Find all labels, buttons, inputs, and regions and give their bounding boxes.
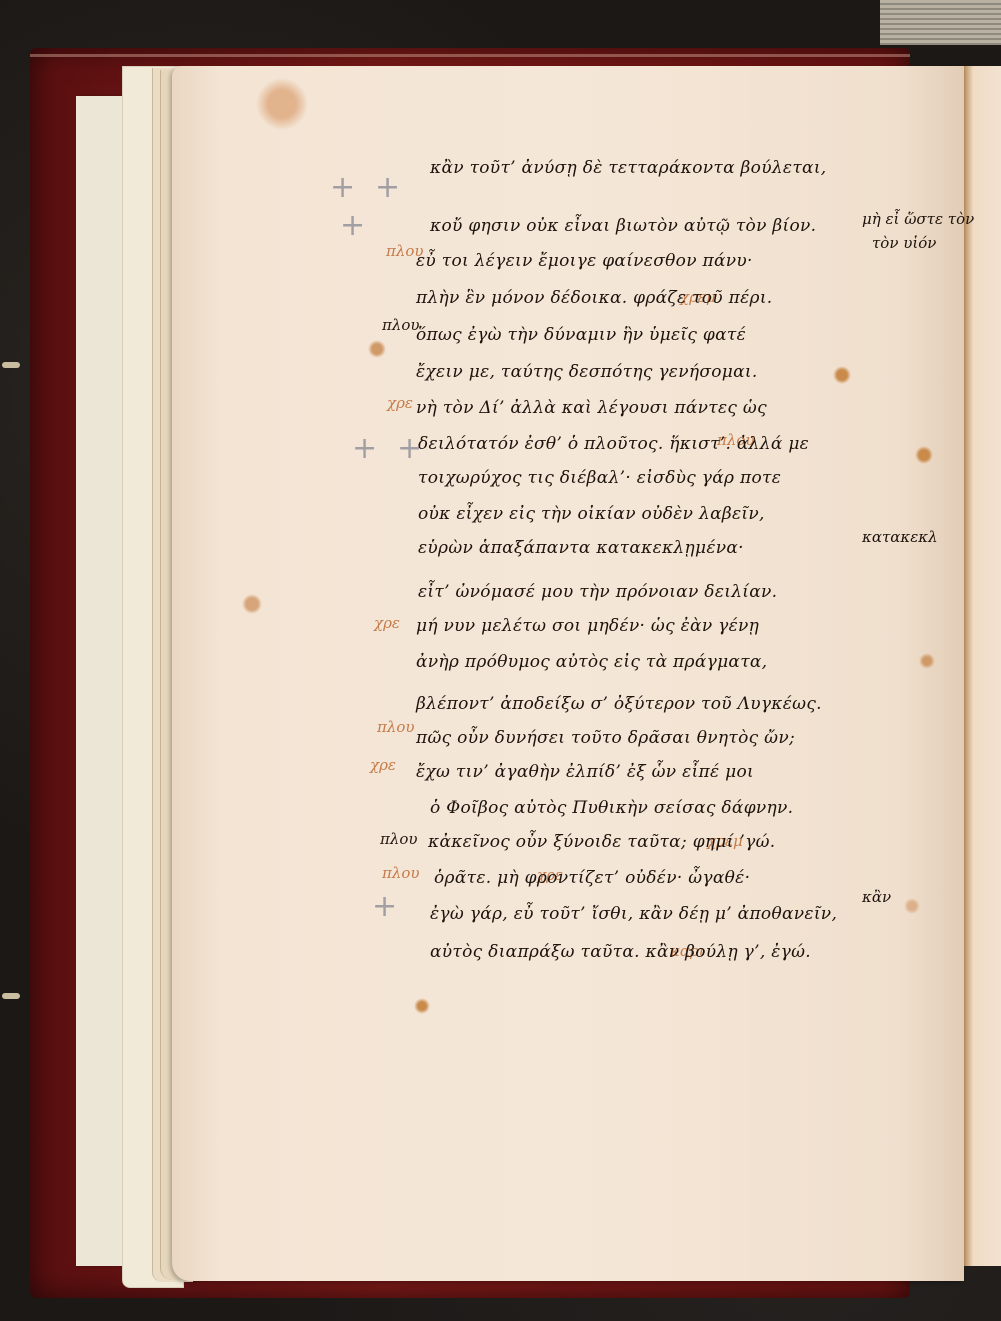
pencil-cross-icon: + (330, 173, 355, 203)
pencil-cross-icon: + (352, 434, 377, 464)
speaker-mark: πλου (377, 718, 415, 736)
clasp-top (2, 362, 20, 368)
text-line: εὑρὼν ἁπαξάπαντα κατακεκλῃμένα· (418, 538, 744, 558)
text-line: τοιχωρύχος τις διέβαλ’· εἰσδὺς γάρ ποτε (418, 468, 781, 488)
marginal-gloss: μὴ εἶ ὥστε τὸν (862, 210, 974, 228)
text-line: ἔχω τιν’ ἀγαθὴν ἐλπίδ’ ἐξ ὧν εἶπέ μοι (416, 762, 754, 782)
text-line: ὅπως ἐγὼ τὴν δύναμιν ἣν ὑμεῖς φατέ (416, 325, 746, 345)
text-line: κοὔ φησιν οὐκ εἶναι βιωτὸν αὐτῷ τὸν βίον… (430, 216, 816, 236)
fore-edge-top (880, 0, 1001, 45)
marginal-gloss: τὸν υἱόν (872, 234, 936, 252)
text-line: αὐτὸς διαπράξω ταῦτα. κἂν βούλῃ γ’, ἐγώ. (430, 942, 811, 962)
next-leaf-edge (964, 66, 1001, 1266)
text-line: κἀκεῖνος οὖν ξύνοιδε ταῦτα; φημί ’γώ. (428, 832, 775, 852)
speaker-mark: πλου (382, 864, 420, 882)
marginal-gloss: κατακεκλ (862, 528, 938, 546)
text-line: μή νυν μελέτω σοι μηδέν· ὡς ἐὰν γένῃ (416, 616, 759, 636)
text-line: ἀνὴρ πρόθυμος αὐτὸς εἰς τὰ πράγματα, (416, 652, 767, 672)
text-line: οὐκ εἶχεν εἰς τὴν οἰκίαν οὐδὲν λαβεῖν, (418, 504, 765, 524)
pencil-cross-icon: + (372, 892, 397, 922)
text-line: ὁ Φοῖβος αὐτὸς Πυθικὴν σείσας δάφνην. (430, 798, 793, 818)
speaker-mark: πλου (382, 316, 420, 334)
manuscript-page: + + + + + + πλου χρεμ πλου χρε πλου χρε … (172, 66, 964, 1281)
speaker-mark: πλου (380, 830, 418, 848)
pencil-cross-icon: + (375, 173, 400, 203)
text-line: ἐγὼ γάρ, εὖ τοῦτ’ ἴσθι, κἂν δέῃ μ’ ἀποθα… (430, 904, 837, 924)
text-line: ἔχειν με, ταύτης δεσπότης γενήσομαι. (416, 362, 758, 382)
text-line: πῶς οὖν δυνήσει τοῦτο δρᾶσαι θνητὸς ὤν; (416, 728, 795, 748)
text-line: δειλότατόν ἐσθ’ ὁ πλοῦτος. ἥκιστ’. ἀλλά … (418, 434, 809, 454)
text-line: βλέποντ’ ἀποδείξω σ’ ὀξύτερον τοῦ Λυγκέω… (416, 694, 822, 714)
speaker-mark: χρε (374, 614, 400, 632)
text-line: πλὴν ἓν μόνον δέδοικα. φράζε τοῦ πέρι. (416, 288, 773, 308)
speaker-mark: χρε (387, 394, 413, 412)
speaker-mark: χρε (370, 756, 396, 774)
pencil-cross-icon: + (340, 211, 365, 241)
text-line: κἂν τοῦτ’ ἀνύσῃ δὲ τετταράκοντα βούλεται… (430, 158, 827, 178)
text-line: νὴ τὸν Δί’ ἀλλὰ καὶ λέγουσι πάντες ὡς (416, 398, 767, 418)
cover-edge (30, 54, 910, 57)
text-line: εἶτ’ ὠνόμασέ μου τὴν πρόνοιαν δειλίαν. (418, 582, 777, 602)
text-line: ὁρᾶτε. μὴ φροντίζετ’ οὐδέν· ὦγαθέ· (434, 868, 750, 888)
text-line: εὖ τοι λέγειν ἔμοιγε φαίνεσθον πάνυ· (416, 251, 753, 271)
clasp-bottom (2, 993, 20, 999)
marginal-gloss: κἂν (862, 888, 891, 906)
